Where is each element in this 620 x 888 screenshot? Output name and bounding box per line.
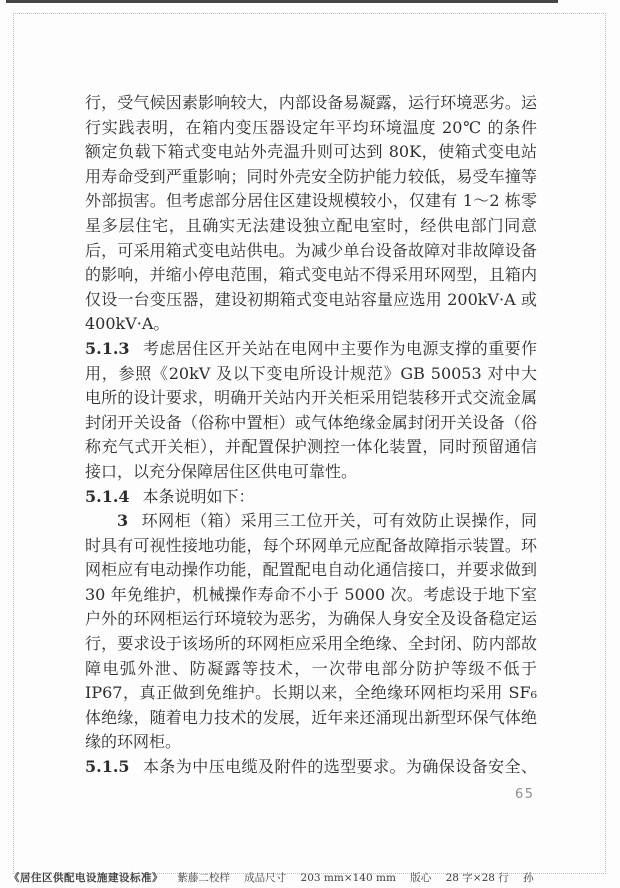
- line-text: 行实践表明，在箱内变压器设定年平均环境温度 20℃ 的条件下，: [85, 118, 537, 141]
- body-line: 障电弧外泄、防凝露等技术，一次带电部分防护等级不低于: [85, 657, 537, 682]
- line-text: 网柜应有电动操作功能，配置配电自动化通信接口，并要求做到: [85, 560, 537, 579]
- line-text: 行，受气候因素影响较大，内部设备易凝露，运行环境恶劣。运: [85, 93, 537, 112]
- body-lines: 行，受气候因素影响较大，内部设备易凝露，运行环境恶劣。运行实践表明，在箱内变压器…: [85, 91, 537, 780]
- body-line: 后，可采用箱式变电站供电。为减少单台设备故障对非故障设备: [85, 239, 537, 264]
- line-text: 本条说明如下：: [143, 487, 255, 506]
- body-line: 额定负载下箱式变电站外壳温升则可达到 80K，使箱式变电站使: [85, 140, 537, 165]
- body-line: 称充气式开关柜），并配置保护测控一体化装置，同时预留通信: [85, 435, 537, 460]
- body-line: 仅设一台变压器，建设初期箱式变电站容量应选用 200kV·A 或: [85, 288, 537, 313]
- line-text: 400kV·A。: [85, 314, 169, 333]
- line-text: 环网柜（箱）采用三工位开关，可有效防止误操作，同: [141, 511, 537, 530]
- colophon-footer: 《居住区供配电设施建设标准》 紫藤二校样 成品尺寸 203 mm×140 mm …: [9, 870, 609, 885]
- body-line: IP67，真正做到免维护。长期以来，全绝缘环网柜均采用 SF₆气: [85, 681, 537, 706]
- line-text: 行，要求设于该场所的环网柜应采用全绝缘、全封闭、防内部故: [85, 634, 537, 653]
- line-text: 额定负载下箱式变电站外壳温升则可达到 80K，使箱式变电站使: [85, 142, 537, 165]
- line-text: 仅设一台变压器，建设初期箱式变电站容量应选用 200kV·A 或: [85, 290, 537, 309]
- line-text: 30 年免维护，机械操作寿命不小于 5000 次。考虑设于地下室及: [85, 585, 537, 608]
- section-number: 5.1.5: [85, 757, 130, 776]
- line-text: 本条为中压电缆及附件的选型要求。为确保设备安全、: [143, 757, 537, 776]
- document-body: 行，受气候因素影响较大，内部设备易凝露，运行环境恶劣。运行实践表明，在箱内变压器…: [85, 91, 537, 780]
- body-line: 缘的环网柜。: [85, 730, 537, 755]
- line-text: 用寿命受到严重影响；同时外壳安全防护能力较低，易受车撞等: [85, 167, 537, 186]
- line-text: 缘的环网柜。: [85, 732, 181, 751]
- body-line: 时具有可视性接地功能，每个环网单元应配备故障指示装置。环: [85, 534, 537, 559]
- body-line: 接口，以充分保障居住区供电可靠性。: [85, 460, 537, 485]
- body-line: 用，参照《20kV 及以下变电所设计规范》GB 50053 对中大型配: [85, 362, 537, 387]
- body-line: 体绝缘，随着电力技术的发展，近年来还涌现出新型环保气体绝: [85, 706, 537, 731]
- line-text: 用，参照《20kV 及以下变电所设计规范》GB 50053 对中大型配: [85, 364, 537, 387]
- body-line: 外部损害。但考虑部分居住区建设规模较小，仅建有 1～2 栋零: [85, 189, 537, 214]
- body-line: 3环网柜（箱）采用三工位开关，可有效防止误操作，同: [85, 509, 537, 534]
- body-line: 30 年免维护，机械操作寿命不小于 5000 次。考虑设于地下室及: [85, 583, 537, 608]
- body-line: 电所的设计要求，明确开关站内开关柜采用铠装移开式交流金属: [85, 386, 537, 411]
- footer-proofreader: 孙: [523, 872, 534, 884]
- body-line: 5.1.3考虑居住区开关站在电网中主要作为电源支撑的重要作: [85, 337, 537, 362]
- line-text: 后，可采用箱式变电站供电。为减少单台设备故障对非故障设备: [85, 241, 537, 260]
- line-text: 的影响，并缩小停电范围，箱式变电站不得采用环网型，且箱内: [85, 265, 537, 284]
- line-text: IP67，真正做到免维护。长期以来，全绝缘环网柜均采用 SF₆气: [85, 683, 537, 706]
- section-number: 3: [117, 511, 128, 530]
- footer-size-value: 203 mm×140 mm: [301, 872, 396, 884]
- page-number: 65: [515, 787, 535, 802]
- footer-layout-value: 28 字×28 行: [446, 872, 509, 884]
- body-line: 行，要求设于该场所的环网柜应采用全绝缘、全封闭、防内部故: [85, 632, 537, 657]
- line-text: 外部损害。但考虑部分居住区建设规模较小，仅建有 1～2 栋零: [85, 191, 537, 210]
- section-number: 5.1.3: [85, 339, 130, 358]
- section-number: 5.1.4: [85, 487, 130, 506]
- body-line: 5.1.5本条为中压电缆及附件的选型要求。为确保设备安全、: [85, 755, 537, 780]
- body-line: 5.1.4本条说明如下：: [85, 485, 537, 510]
- scanned-page: { "page": { "number": "65" }, "colors": …: [0, 0, 620, 888]
- line-text: 星多层住宅，且确实无法建设独立配电室时，经供电部门同意: [85, 216, 537, 235]
- line-text: 称充气式开关柜），并配置保护测控一体化装置，同时预留通信: [85, 437, 537, 456]
- line-text: 电所的设计要求，明确开关站内开关柜采用铠装移开式交流金属: [85, 388, 537, 407]
- body-line: 400kV·A。: [85, 312, 537, 337]
- line-text: 封闭开关设备（俗称中置柜）或气体绝缘金属封闭开关设备（俗: [85, 413, 537, 432]
- scan-edge-shadow: [6, 0, 558, 3]
- body-line: 行，受气候因素影响较大，内部设备易凝露，运行环境恶劣。运: [85, 91, 537, 116]
- body-line: 用寿命受到严重影响；同时外壳安全防护能力较低，易受车撞等: [85, 165, 537, 190]
- line-text: 障电弧外泄、防凝露等技术，一次带电部分防护等级不低于: [85, 659, 537, 678]
- line-text: 体绝缘，随着电力技术的发展，近年来还涌现出新型环保气体绝: [85, 708, 537, 727]
- footer-layout-label: 版心: [410, 872, 431, 884]
- body-line: 户外的环网柜运行环境较为恶劣，为确保人身安全及设备稳定运: [85, 607, 537, 632]
- body-line: 的影响，并缩小停电范围，箱式变电站不得采用环网型，且箱内: [85, 263, 537, 288]
- footer-size-label: 成品尺寸: [244, 872, 286, 884]
- body-line: 星多层住宅，且确实无法建设独立配电室时，经供电部门同意: [85, 214, 537, 239]
- line-text: 考虑居住区开关站在电网中主要作为电源支撑的重要作: [143, 339, 537, 358]
- line-text: 户外的环网柜运行环境较为恶劣，为确保人身安全及设备稳定运: [85, 609, 537, 628]
- body-line: 网柜应有电动操作功能，配置配电自动化通信接口，并要求做到: [85, 558, 537, 583]
- footer-book-title: 《居住区供配电设施建设标准》: [9, 872, 163, 884]
- footer-proof-stage: 紫藤二校样: [177, 872, 230, 884]
- line-text: 接口，以充分保障居住区供电可靠性。: [85, 462, 357, 481]
- body-line: 封闭开关设备（俗称中置柜）或气体绝缘金属封闭开关设备（俗: [85, 411, 537, 436]
- line-text: 时具有可视性接地功能，每个环网单元应配备故障指示装置。环: [85, 536, 537, 555]
- body-line: 行实践表明，在箱内变压器设定年平均环境温度 20℃ 的条件下，: [85, 116, 537, 141]
